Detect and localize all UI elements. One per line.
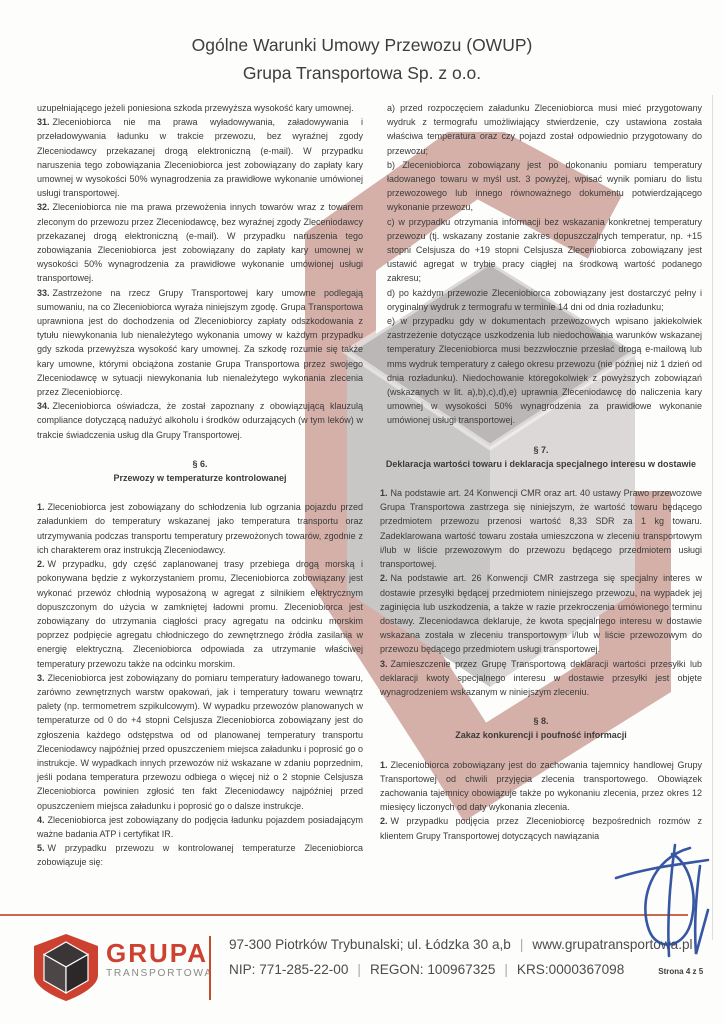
section-7-point-3: 3.Zamieszczenie przez Grupę Transportową… [380,657,702,700]
subpoint-a: a) przed rozpoczęciem załadunku Zlecenio… [380,101,702,158]
section-7-point-2: 2.Na podstawie art. 26 Konwencji CMR zas… [380,571,702,656]
clause-intro: uzupełniającego jeżeli poniesiona szkoda… [37,101,363,115]
subpoint-b: b) Zleceniobiorca zobowiązany jest po do… [380,158,702,215]
clause-31: 31.Zleceniobiorca nie ma prawa wyładowyw… [37,115,363,200]
page-title: Ogólne Warunki Umowy Przewozu (OWUP) Gru… [0,31,724,87]
footer-separator: | [357,962,361,977]
company-cube-logo-icon [30,931,102,1003]
section-8-number: § 8. [380,714,702,728]
section-6-title: Przewozy w temperaturze kontrolowanej [37,471,363,485]
footer-krs: KRS:0000367098 [517,962,624,977]
section-7-title: Deklaracja wartości towaru i deklaracja … [380,457,702,471]
logo-text-grupa: GRUPA [106,940,213,966]
footer-rule [0,914,688,916]
section-6-point-4: 4.Zleceniobiorca jest zobowiązany do pod… [37,813,363,841]
clause-32: 32.Zleceniobiorca nie ma prawa przewożen… [37,200,363,285]
handwritten-signature [612,840,722,962]
page-title-line1: Ogólne Warunki Umowy Przewozu (OWUP) [0,31,724,59]
logo-text-transportowa: TRANSPORTOWA [106,968,213,979]
section-6-point-1: 1.Zleceniobiorca jest zobowiązany do sch… [37,500,363,557]
right-column: a) przed rozpoczęciem załadunku Zlecenio… [380,101,702,843]
clause-34: 34.Zleceniobiorca oświadcza, że został z… [37,399,363,442]
clause-33: 33.Zastrzeżone na rzecz Grupy Transporto… [37,286,363,400]
subpoint-e: e) w przypadku gdy w dokumentach przewoz… [380,314,702,428]
subpoint-c: c) w przypadku otrzymania informacji bez… [380,215,702,286]
page-number: Strona 4 z 5 [658,967,703,976]
footer-separator: | [520,937,524,952]
section-8-title: Zakaz konkurencji i poufność informacji [380,728,702,742]
section-6-number: § 6. [37,457,363,471]
footer-address: 97-300 Piotrków Trybunalski; ul. Łódzka … [229,937,511,952]
company-logo-text: GRUPA TRANSPORTOWA [106,940,213,979]
footer-divider [209,936,211,1000]
section-7-point-1: 1.Na podstawie art. 24 Konwencji CMR ora… [380,486,702,571]
section-6-point-5: 5.W przypadku przewozu w kontrolowanej t… [37,841,363,869]
footer-nip: NIP: 771-285-22-00 [229,962,348,977]
section-8-point-2: 2.W przypadku podjęcia przez Zleceniobio… [380,814,702,842]
footer-separator: | [504,962,508,977]
section-6-point-2: 2.W przypadku, gdy część zaplanowanej tr… [37,557,363,671]
subpoint-d: d) po każdym przewozie Zleceniobiorca zo… [380,286,702,314]
section-6-point-3: 3.Zleceniobiorca jest zobowiązany do pom… [37,671,363,813]
section-7-number: § 7. [380,443,702,457]
page-title-line2: Grupa Transportowa Sp. z o.o. [0,59,724,87]
footer-regon: REGON: 100967325 [370,962,495,977]
left-column: uzupełniającego jeżeli poniesiona szkoda… [37,101,363,870]
section-8-point-1: 1.Zleceniobiorca zobowiązany jest do zac… [380,758,702,815]
